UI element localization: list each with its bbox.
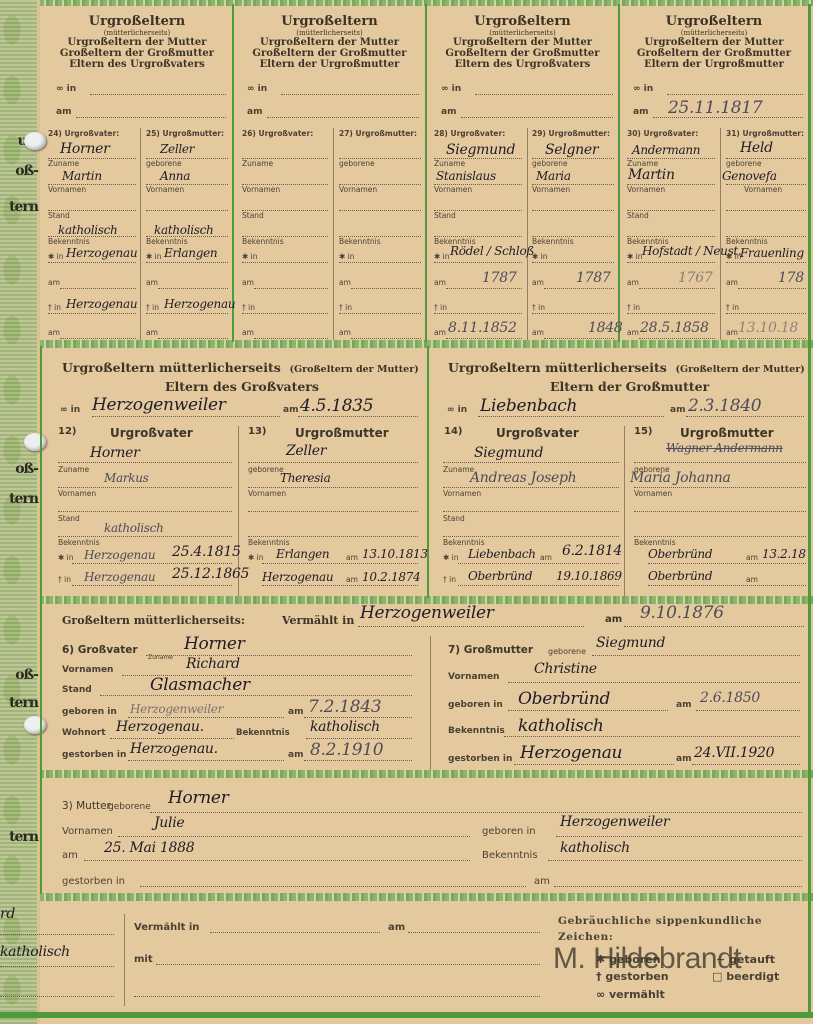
given-name-field[interactable] — [508, 682, 800, 683]
birth-date-value: 1787 — [576, 270, 610, 286]
great-great-grandparents-header: Urgroßeltern (mütterlicherseits) Urgroße… — [427, 14, 618, 70]
am-label: am — [746, 553, 758, 562]
confession-field[interactable] — [548, 860, 802, 861]
bekenntnis-label: Bekenntnis — [443, 538, 485, 547]
deathplace-field[interactable] — [339, 313, 421, 314]
death-date-field[interactable] — [158, 338, 228, 339]
death-date-field[interactable] — [304, 760, 412, 761]
confession-value: katholisch — [560, 840, 630, 856]
deathplace-value: Herzogenau — [520, 743, 622, 763]
left-field[interactable] — [0, 996, 114, 997]
stand-label: Stand — [627, 211, 649, 220]
stand-field[interactable] — [146, 210, 228, 211]
married-label: Vermählt in — [134, 922, 199, 933]
death-date-field[interactable] — [351, 338, 421, 339]
death-date-field[interactable] — [639, 338, 715, 339]
mit-label: mit — [134, 954, 153, 965]
bekenntnis-label: Bekenntnis — [532, 237, 574, 246]
given-name-value: Andreas Joseph — [470, 470, 576, 486]
stand-field[interactable] — [248, 511, 418, 512]
deathplace-field[interactable] — [627, 313, 715, 314]
geborene-label: geborene — [146, 159, 182, 168]
left-field[interactable] — [0, 966, 114, 967]
surname-value: Held — [740, 140, 773, 156]
died-in-label: † in — [726, 303, 739, 312]
death-date-value: 25.12.1865 — [172, 566, 249, 582]
person-number: 30) Urgroßvater: — [627, 129, 698, 138]
deathplace-value: Herzogenau — [164, 297, 235, 311]
residence-field[interactable] — [110, 738, 234, 739]
married-am-field[interactable] — [267, 117, 419, 118]
birth-date-value: 1787 — [482, 270, 516, 286]
surname-value: Zeller — [160, 142, 194, 156]
married-in-field[interactable] — [667, 94, 803, 95]
death-date-value: 24.VII.1920 — [694, 745, 774, 761]
married-in-label: ∞ in — [56, 84, 76, 94]
married-in-field[interactable] — [475, 94, 613, 95]
stand-field[interactable] — [532, 210, 614, 211]
marriage-place-field[interactable] — [210, 932, 380, 933]
surname-value: Horner — [90, 445, 140, 461]
birth-date-field[interactable] — [304, 717, 412, 718]
marriage-date-field[interactable] — [298, 416, 418, 417]
residence-value: Herzogenau. — [116, 719, 204, 735]
grandfather-label: 6) Großvater — [62, 644, 138, 656]
death-field[interactable] — [648, 585, 806, 586]
column-divider — [333, 128, 334, 340]
given-name-field[interactable] — [58, 487, 232, 488]
am-label: am — [746, 575, 758, 584]
bekenntnis-label: Bekenntnis — [58, 538, 100, 547]
died-in-label: † in — [532, 303, 545, 312]
confession-field[interactable] — [58, 536, 232, 537]
death-date-field[interactable] — [738, 338, 806, 339]
given-name-value: Martin — [628, 167, 675, 183]
deathplace-value: Oberbründ — [648, 569, 712, 583]
deathplace-field[interactable] — [242, 313, 328, 314]
person-number: 25) Urgroßmutter: — [146, 129, 224, 138]
marriage-place-field[interactable] — [358, 626, 584, 627]
ugv-heading: Urgroßvater — [110, 426, 193, 440]
confession-field[interactable] — [634, 536, 806, 537]
died-in-label: † in — [146, 303, 159, 312]
birth-field[interactable] — [458, 563, 619, 564]
extra-field[interactable] — [134, 996, 540, 997]
am-label: am — [242, 278, 254, 287]
marriage-date-field[interactable] — [686, 416, 804, 417]
given-name-field[interactable] — [634, 487, 806, 488]
deathplace-value: Herzogenau — [84, 570, 155, 584]
vornamen-label: Vornamen — [627, 185, 665, 194]
oak-leaf-border — [0, 0, 40, 1024]
column-divider — [624, 426, 625, 596]
confession-value: katholisch — [310, 719, 380, 735]
birth-date-field[interactable] — [351, 288, 421, 289]
side-label: tern — [0, 490, 40, 508]
frame-line — [0, 1012, 813, 1018]
marriage-date-field[interactable] — [408, 932, 540, 933]
birth-date-field[interactable] — [696, 710, 800, 711]
marriage-date-value: 2.3.1840 — [688, 396, 761, 416]
frame-band — [40, 893, 813, 901]
column-divider — [430, 636, 431, 770]
am-label: am — [146, 328, 158, 337]
married-in-field[interactable] — [90, 94, 226, 95]
vornamen-label: Vornamen — [242, 185, 280, 194]
birthplace-field[interactable] — [508, 710, 668, 711]
died-in-label: † in — [434, 303, 447, 312]
marriage-place-value: Herzogenweiler — [360, 603, 494, 623]
surname-field[interactable] — [58, 462, 232, 463]
birth-field[interactable] — [72, 563, 232, 564]
person-number: 26) Urgroßvater: — [242, 129, 313, 138]
stand-label: Stand — [242, 211, 264, 220]
am-label: am — [605, 614, 622, 625]
confession-value: katholisch — [58, 223, 118, 237]
legend-title: Gebräuchliche sippenkundliche — [558, 915, 762, 927]
bekenntnis-label: Bekenntnis — [236, 728, 290, 738]
birth-date-field[interactable] — [446, 288, 522, 289]
born-in-label: geboren in — [62, 707, 117, 717]
birthplace-value: Oberbründ — [648, 547, 712, 561]
ahnentafel-page: ur- oß- tern oß- tern oß- tern tern Urgr… — [0, 0, 813, 1024]
left-field[interactable] — [0, 934, 114, 935]
marriage-place-value: Liebenbach — [480, 396, 577, 416]
birth-date-value: 6.2.1814 — [562, 543, 622, 559]
frame-band — [40, 770, 813, 778]
birthplace-value: Herzogenau — [84, 548, 155, 562]
given-name-value: Maria — [536, 169, 571, 183]
vornamen-label: Vornamen — [744, 185, 782, 194]
stand-field[interactable] — [339, 210, 421, 211]
section-title-paren: (Großeltern der Mutter) — [290, 364, 419, 375]
am-label: am — [346, 575, 358, 584]
died-in-label: † in — [443, 575, 456, 584]
bekenntnis-label: Bekenntnis — [482, 850, 538, 861]
person-number: 13) — [248, 426, 267, 437]
am-label: am — [670, 405, 685, 415]
married-am-label: am — [56, 107, 71, 117]
born-in-label: ✱ in — [339, 252, 355, 261]
deathplace-value: Herzogenau. — [130, 741, 218, 757]
vornamen-label: Vornamen — [146, 185, 184, 194]
death-date-value: 1848 — [588, 320, 622, 336]
wohnort-label: Wohnort — [62, 728, 106, 738]
grandmother-label: 7) Großmutter — [448, 644, 533, 656]
side-label: tern — [0, 694, 40, 712]
surname-field[interactable] — [634, 462, 806, 463]
vornamen-label: Vornamen — [62, 826, 113, 837]
mother-label: 3) Mutter: — [62, 800, 114, 812]
born-in-label: ✱ in — [242, 252, 258, 261]
bekenntnis-label: Bekenntnis — [339, 237, 381, 246]
confession-field[interactable] — [443, 536, 619, 537]
am-label: am — [532, 328, 544, 337]
am-label: am — [388, 922, 405, 933]
birthplace-field[interactable] — [556, 836, 802, 837]
death-date-field[interactable] — [446, 338, 522, 339]
death-date-field[interactable] — [554, 886, 802, 887]
vornamen-label: Vornamen — [434, 185, 472, 194]
stand-label: Stand — [62, 685, 92, 695]
given-name-value: Anna — [160, 169, 190, 183]
bekenntnis-label: Bekenntnis — [726, 237, 768, 246]
confession-value: katholisch — [518, 716, 604, 736]
side-label: tern — [0, 198, 40, 216]
am-label: am — [532, 278, 544, 287]
birth-date-value: 25. Mai 1888 — [104, 840, 194, 856]
confession-field[interactable] — [306, 738, 412, 739]
birth-date-field[interactable] — [254, 288, 328, 289]
surname-value: Selgner — [545, 142, 598, 158]
surname-value: Siegmund — [596, 635, 665, 651]
zuname-label: Zuname — [434, 159, 465, 168]
side-label: oß- — [0, 460, 40, 478]
great-great-grandparents-header: Urgroßeltern (mütterlicherseits) Urgroße… — [234, 14, 425, 70]
stand-field[interactable] — [58, 511, 232, 512]
punch-hole-icon — [24, 716, 46, 734]
married-in-label: ∞ in — [441, 84, 461, 94]
birth-field[interactable] — [262, 563, 418, 564]
vornamen-label: Vornamen — [448, 672, 499, 682]
birth-date-field[interactable] — [158, 288, 228, 289]
confession-value: katholisch — [104, 521, 164, 535]
deathplace-field[interactable] — [128, 760, 284, 761]
geborene-label: geborene — [548, 647, 586, 656]
birth-date-field[interactable] — [639, 288, 715, 289]
birthplace-field[interactable] — [146, 262, 228, 263]
great-great-grandparents-header: Urgroßeltern (mütterlicherseits) Urgroße… — [620, 14, 808, 70]
stand-label: Stand — [443, 514, 465, 523]
death-date-value: 8.2.1910 — [310, 740, 383, 760]
married-am-label: am — [633, 107, 648, 117]
marriage-date-field[interactable] — [624, 626, 804, 627]
deathplace-field[interactable] — [140, 886, 526, 887]
geborene-label: geborene — [532, 159, 568, 168]
column-divider — [720, 128, 721, 340]
birthplace-value: Erlangen — [164, 246, 217, 260]
frame-line — [808, 4, 811, 1014]
vornamen-label: Vornamen — [58, 489, 96, 498]
married-symbol-icon: ∞ — [596, 988, 605, 1001]
death-date-field[interactable] — [60, 338, 136, 339]
given-name-value: Markus — [104, 471, 149, 485]
birthplace-field[interactable] — [532, 262, 614, 263]
surname-value: Wagner Andermann — [666, 441, 783, 455]
stand-label: Stand — [58, 514, 80, 523]
am-label: am — [726, 328, 738, 337]
surname-value: Horner — [168, 788, 229, 808]
section-subtitle: Eltern des Großvaters — [165, 379, 319, 394]
birthplace-field[interactable] — [128, 717, 284, 718]
geborene-label: geborene — [339, 159, 375, 168]
death-date-field[interactable] — [254, 338, 328, 339]
given-name-field[interactable] — [118, 836, 470, 837]
birth-date-value: 2.6.1850 — [700, 690, 760, 706]
column-divider — [124, 914, 125, 1006]
punch-hole-icon — [24, 132, 46, 150]
married-am-label: am — [441, 107, 456, 117]
deathplace-value: Oberbründ — [468, 569, 532, 583]
death-field[interactable] — [458, 585, 619, 586]
birthplace-value: Herzogenau — [66, 246, 137, 260]
column-divider — [140, 128, 141, 340]
person-number: 29) Urgroßmutter: — [532, 129, 610, 138]
died-in-label: gestorben in — [62, 750, 126, 760]
am-label: am — [242, 328, 254, 337]
deathplace-field[interactable] — [532, 313, 614, 314]
death-field[interactable] — [262, 585, 418, 586]
bekenntnis-label: Bekenntnis — [48, 237, 90, 246]
marriage-place-field[interactable] — [92, 416, 280, 417]
birth-date-value: 13.2.18 — [762, 547, 806, 561]
birthplace-field[interactable] — [339, 262, 421, 263]
birth-field[interactable] — [648, 563, 806, 564]
death-field[interactable] — [72, 585, 232, 586]
surname-field[interactable] — [592, 655, 800, 656]
born-in-label: ✱ in — [58, 553, 74, 562]
vornamen-label: Vornamen — [62, 665, 113, 675]
birthplace-value: Liebenbach — [468, 547, 536, 561]
married-in-field[interactable] — [281, 94, 419, 95]
marriage-place-field[interactable] — [478, 416, 664, 417]
death-date-field[interactable] — [544, 338, 614, 339]
birth-date-field[interactable] — [84, 860, 470, 861]
am-label: am — [288, 750, 303, 760]
side-label: tern — [0, 828, 40, 846]
deathplace-field[interactable] — [146, 313, 228, 314]
punch-hole-icon — [24, 433, 46, 451]
birthplace-field[interactable] — [48, 262, 136, 263]
married-in-label: ∞ in — [247, 84, 267, 94]
confession-field[interactable] — [504, 736, 800, 737]
am-label: am — [534, 876, 550, 887]
ugm-heading: Urgroßmutter — [295, 426, 389, 440]
surname-field[interactable] — [443, 462, 619, 463]
death-date-value: 10.2.1874 — [362, 570, 420, 584]
stand-field[interactable] — [726, 210, 806, 211]
am-label: am — [676, 754, 691, 764]
zuname-label: Zuname — [58, 465, 89, 474]
stand-field[interactable] — [100, 695, 412, 696]
am-label: am — [346, 553, 358, 562]
birthplace-value: Herzogenweiler — [130, 702, 223, 716]
geborene-label: geborene — [108, 802, 151, 812]
person-number: 27) Urgroßmutter: — [339, 129, 417, 138]
am-label: am — [48, 278, 60, 287]
am-label: am — [48, 328, 60, 337]
birth-date-value: 13.10.1813 — [362, 547, 428, 561]
vornamen-label: Vornamen — [532, 185, 570, 194]
section-title: Urgroßeltern mütterlicherseits (Großelte… — [62, 360, 419, 375]
ugm-heading: Urgroßmutter — [680, 426, 774, 440]
am-label: am — [627, 328, 639, 337]
person-number: 24) Urgroßvater: — [48, 129, 119, 138]
died-in-label: † in — [242, 303, 255, 312]
surname-value: Siegmund — [446, 142, 515, 158]
born-in-label: geboren in — [482, 826, 536, 837]
stand-field[interactable] — [634, 511, 806, 512]
birthplace-value: Frauenling — [740, 246, 804, 260]
section-title: Urgroßeltern mütterlicherseits (Großelte… — [448, 360, 805, 375]
marriage-date-value: 4.5.1835 — [300, 396, 373, 416]
birth-date-value: 25.4.1815 — [172, 544, 241, 560]
frame-line — [40, 346, 42, 894]
stand-label: Stand — [434, 211, 456, 220]
birth-date-field[interactable] — [60, 288, 136, 289]
married-am-field[interactable] — [76, 117, 226, 118]
person-number: 31) Urgroßmutter: — [726, 129, 804, 138]
surname-field[interactable] — [248, 462, 418, 463]
birth-date-field[interactable] — [544, 288, 614, 289]
am-label: am — [339, 328, 351, 337]
surname-value: Andermann — [632, 143, 700, 157]
deathplace-field[interactable] — [514, 764, 674, 765]
legend-text: vermählt — [609, 988, 665, 1001]
stand-label: Stand — [48, 211, 70, 220]
born-in-label: geboren in — [448, 700, 503, 710]
born-in-label: ✱ in — [248, 553, 264, 562]
given-name-field[interactable] — [443, 487, 619, 488]
ugv-heading: Urgroßvater — [496, 426, 579, 440]
born-in-label: ✱ in — [532, 252, 548, 261]
married-in-label: ∞ in — [60, 405, 80, 415]
died-in-label: † in — [339, 303, 352, 312]
stand-value: Glasmacher — [150, 675, 250, 695]
birthplace-field[interactable] — [627, 262, 715, 263]
death-date-value: 28.5.1858 — [640, 320, 709, 336]
birthplace-field[interactable] — [726, 262, 806, 263]
born-in-label: ✱ in — [627, 252, 643, 261]
am-label: am — [146, 278, 158, 287]
deathplace-value: Herzogenau — [66, 297, 137, 311]
bekenntnis-label: Bekenntnis — [634, 538, 676, 547]
died-in-label: † in — [627, 303, 640, 312]
given-name-value: Genovefa — [722, 169, 777, 183]
birthplace-field[interactable] — [242, 262, 328, 263]
birth-date-field[interactable] — [738, 288, 806, 289]
confession-field[interactable] — [248, 536, 418, 537]
surname-value: Horner — [60, 141, 110, 157]
deathplace-field[interactable] — [434, 313, 522, 314]
person-number: 14) — [444, 426, 463, 437]
marriage-date-value: 9.10.1876 — [640, 603, 724, 623]
death-date-field[interactable] — [692, 764, 800, 765]
deathplace-field[interactable] — [48, 313, 136, 314]
watermark: M. Hildebrandt — [553, 942, 741, 976]
died-in-label: gestorben in — [62, 876, 125, 887]
birthplace-value: Rödel / Schloß — [450, 244, 534, 258]
am-label: am — [62, 850, 78, 861]
given-name-field[interactable] — [248, 487, 418, 488]
given-name-value: Martin — [62, 169, 102, 183]
married-am-field[interactable] — [461, 117, 613, 118]
am-label: am — [676, 700, 691, 710]
geborene-label: geborene — [726, 159, 762, 168]
person-number: 15) — [634, 426, 653, 437]
surname-field[interactable] — [150, 812, 802, 813]
spouse-field[interactable] — [156, 964, 540, 965]
birthplace-field[interactable] — [434, 262, 522, 263]
birthplace-value: Herzogenweiler — [560, 814, 669, 830]
side-label: oß- — [0, 666, 40, 684]
deathplace-field[interactable] — [726, 313, 806, 314]
great-great-grandparents-header: Urgroßeltern (mütterlicherseits) Urgroße… — [42, 14, 232, 70]
left-fragment: katholisch — [0, 944, 70, 960]
stand-field[interactable] — [443, 511, 619, 512]
given-name-value: Richard — [186, 656, 240, 672]
given-name-value: Maria Johanna — [630, 470, 731, 486]
